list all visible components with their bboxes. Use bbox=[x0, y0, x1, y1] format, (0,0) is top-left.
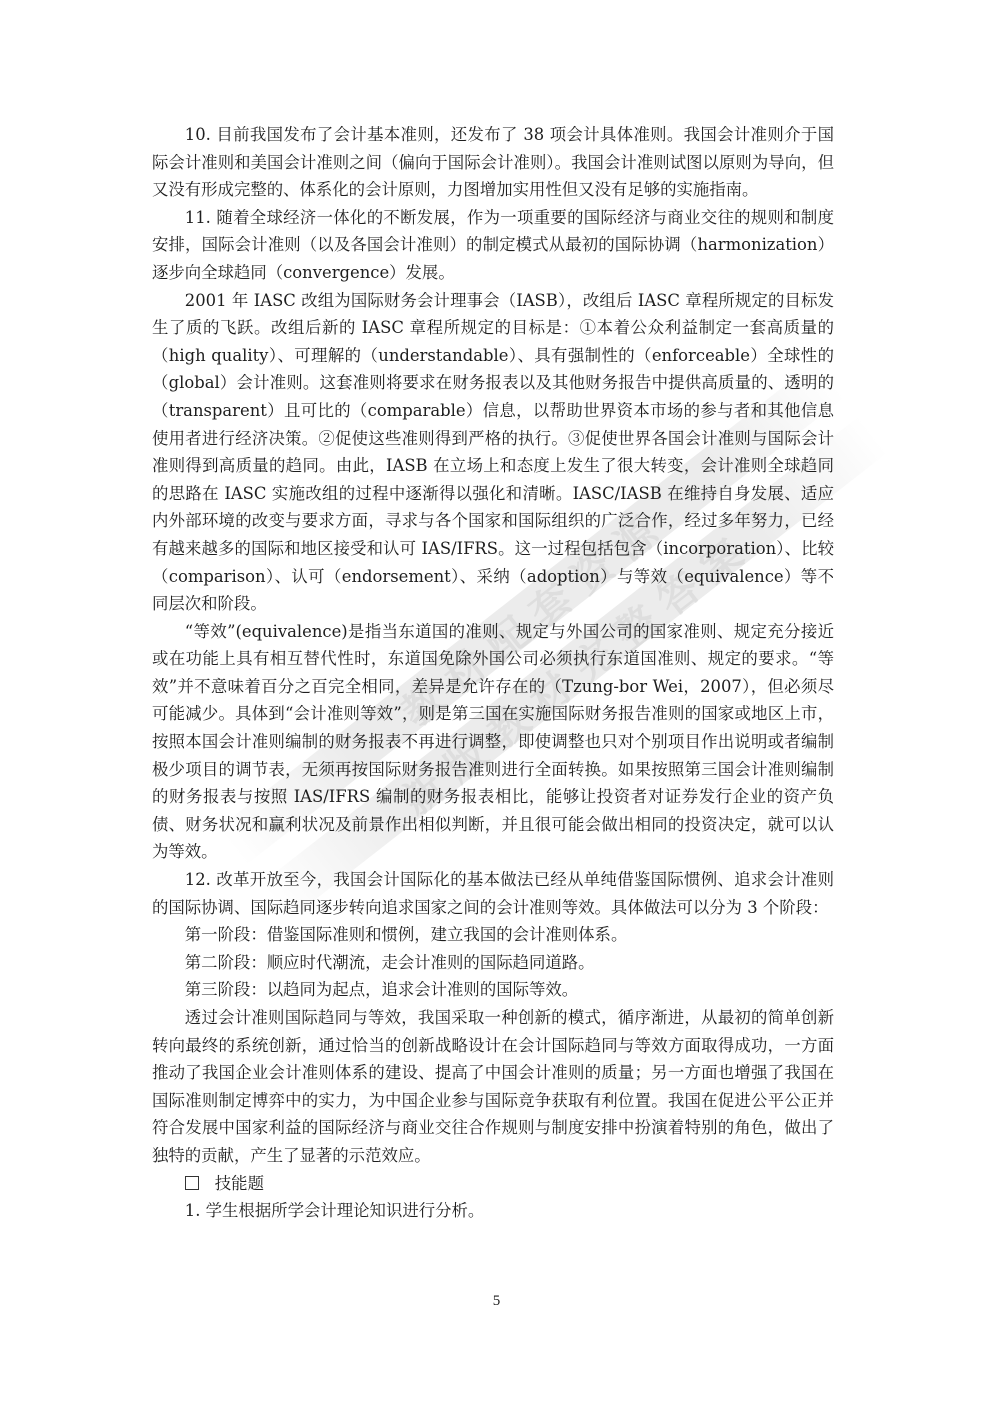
stage-1: 第一阶段：借鉴国际准则和惯例，建立我国的会计准则体系。 bbox=[152, 921, 834, 949]
page-number: 5 bbox=[0, 1293, 993, 1310]
skill-item-1: 1. 学生根据所学会计理论知识进行分析。 bbox=[152, 1197, 834, 1225]
checkbox-square-icon bbox=[185, 1176, 199, 1190]
document-page: 10. 目前我国发布了会计基本准则，还发布了 38 项会计具体准则。我国会计准则… bbox=[152, 121, 834, 1225]
stage-3: 第三阶段：以趋同为起点，追求会计准则的国际等效。 bbox=[152, 976, 834, 1004]
paragraph-item-11: 11. 随着全球经济一体化的不断发展，作为一项重要的国际经济与商业交往的规则和制… bbox=[152, 204, 834, 287]
section-heading-skills: 技能题 bbox=[152, 1170, 834, 1198]
stage-2: 第二阶段：顺应时代潮流，走会计准则的国际趋同道路。 bbox=[152, 949, 834, 977]
paragraph-conclusion: 透过会计准则国际趋同与等效，我国采取一种创新的模式，循序渐进，从最初的简单创新转… bbox=[152, 1004, 834, 1170]
section-title-text: 技能题 bbox=[215, 1174, 264, 1193]
paragraph-item-12: 12. 改革开放至今，我国会计国际化的基本做法已经从单纯借鉴国际惯例、追求会计准… bbox=[152, 866, 834, 921]
paragraph-item-10: 10. 目前我国发布了会计基本准则，还发布了 38 项会计具体准则。我国会计准则… bbox=[152, 121, 834, 204]
paragraph-equivalence: “等效”(equivalence)是指当东道国的准则、规定与外国公司的国家准则、… bbox=[152, 618, 834, 866]
paragraph-iasc-reform: 2001 年 IASC 改组为国际财务会计理事会（IASB），改组后 IASC … bbox=[152, 287, 834, 618]
